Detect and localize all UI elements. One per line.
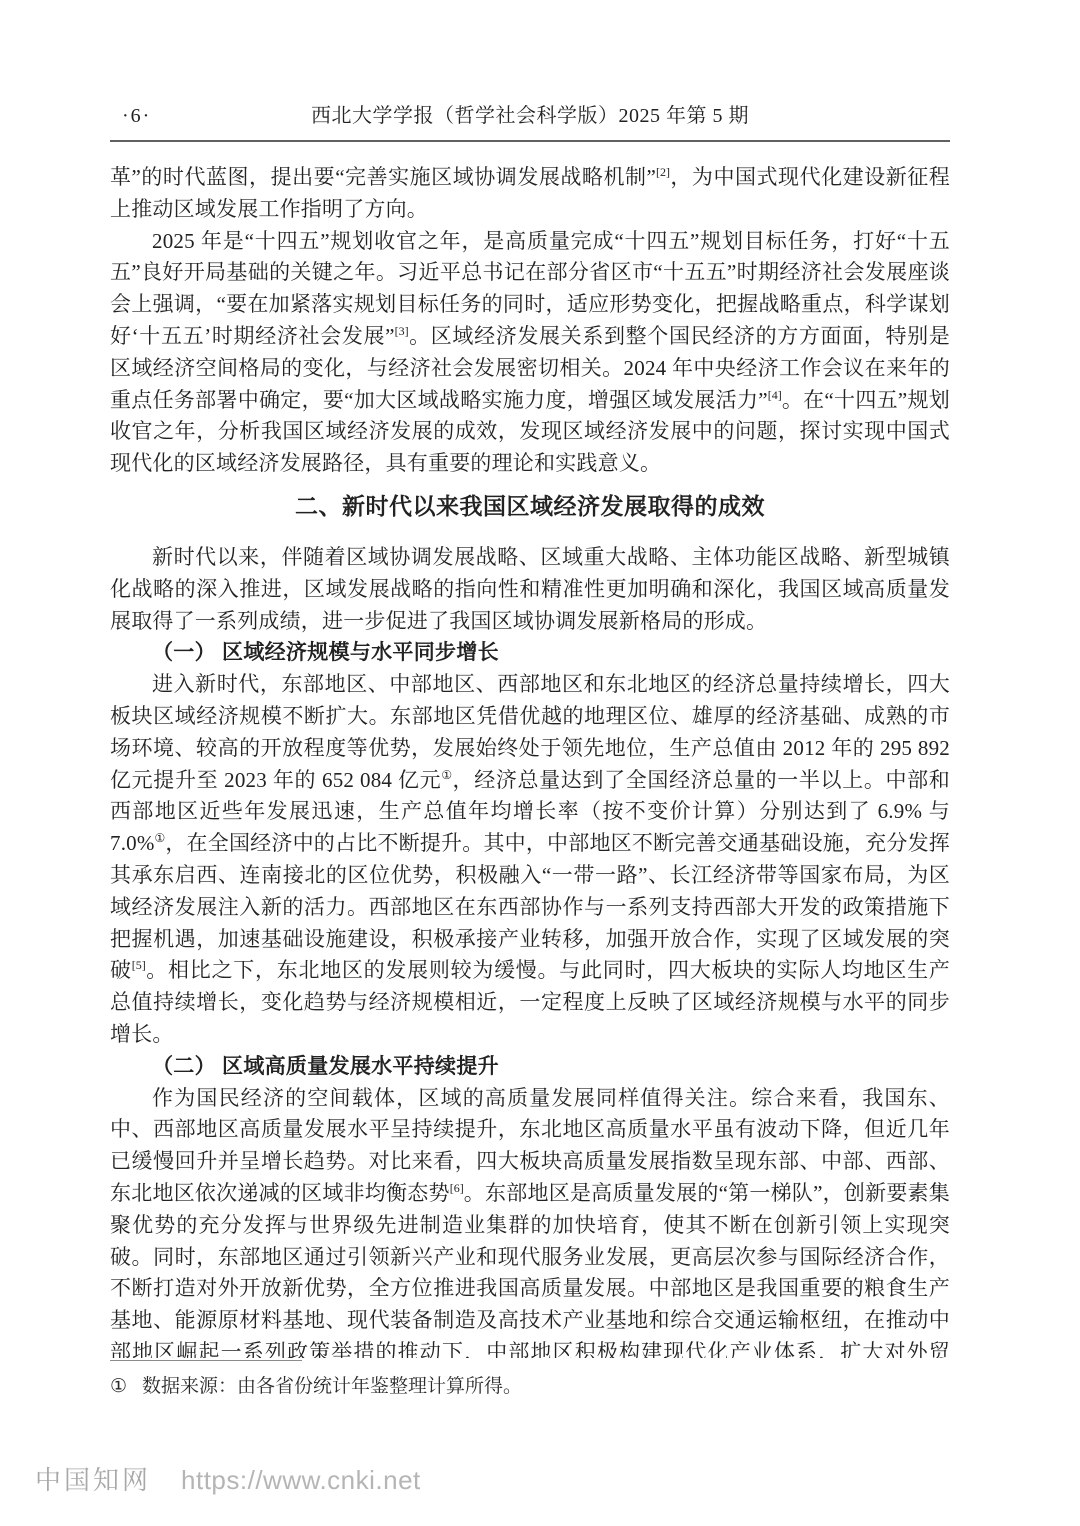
footnote-marker: ①: [110, 1376, 127, 1397]
subsection-heading-2: （二） 区域高质量发展水平持续提升: [110, 1051, 950, 1083]
article-body: 革”的时代蓝图，提出要“完善实施区域协调发展战略机制”[2]，为中国式现代化建设…: [110, 162, 950, 1358]
cnki-url: https://www.cnki.net: [181, 1465, 421, 1496]
footnote-divider: [110, 1360, 302, 1361]
reference-superscript: [6]: [450, 1181, 464, 1195]
paragraph: 进入新时代，东部地区、中部地区、西部地区和东北地区的经济总量持续增长，四大板块区…: [110, 669, 950, 1051]
journal-page: ·6· 西北大学学报（哲学社会科学版）2025 年第 5 期 革”的时代蓝图，提…: [0, 0, 1080, 1526]
page-header: ·6· 西北大学学报（哲学社会科学版）2025 年第 5 期: [110, 0, 950, 142]
section-heading: 二、新时代以来我国区域经济发展取得的成效: [110, 491, 950, 521]
reference-superscript: ①: [441, 768, 452, 782]
footnote-block: ①数据来源：由各省份统计年鉴整理计算所得。: [110, 1360, 950, 1399]
paragraph: 新时代以来，伴随着区域协调发展战略、区域重大战略、主体功能区战略、新型城镇化战略…: [110, 542, 950, 637]
cnki-watermark: 中国知网 https://www.cnki.net: [35, 1460, 421, 1497]
paragraph: 2025 年是“十四五”规划收官之年，是高质量完成“十四五”规划目标任务，打好“…: [110, 226, 950, 480]
reference-superscript: [2]: [656, 165, 670, 179]
page-number: ·6·: [122, 103, 151, 129]
footnote: ①数据来源：由各省份统计年鉴整理计算所得。: [110, 1374, 950, 1399]
footnote-text: 数据来源：由各省份统计年鉴整理计算所得。: [142, 1376, 522, 1397]
paragraph: 作为国民经济的空间载体，区域的高质量发展同样值得关注。综合来看，我国东、中、西部…: [110, 1083, 950, 1358]
text-run: 。东部地区是高质量发展的“第一梯队”，创新要素集聚优势的充分发挥与世界级先进制造…: [110, 1181, 950, 1358]
journal-title: 西北大学学报（哲学社会科学版）2025 年第 5 期: [311, 105, 749, 127]
reference-superscript: ①: [155, 831, 166, 845]
reference-superscript: [4]: [768, 388, 782, 402]
subsection-heading-1: （一） 区域经济规模与水平同步增长: [110, 637, 950, 669]
text-run: 革”的时代蓝图，提出要“完善实施区域协调发展战略机制”: [110, 165, 656, 189]
cnki-logo-text: 中国知网: [35, 1460, 151, 1497]
reference-superscript: [3]: [395, 324, 409, 338]
paragraph-continuation: 革”的时代蓝图，提出要“完善实施区域协调发展战略机制”[2]，为中国式现代化建设…: [110, 162, 950, 226]
text-run: 。相比之下，东北地区的发展则较为缓慢。与此同时，四大板块的实际人均地区生产总值持…: [110, 958, 950, 1046]
page-content: ·6· 西北大学学报（哲学社会科学版）2025 年第 5 期 革”的时代蓝图，提…: [110, 0, 950, 1358]
reference-superscript: [5]: [132, 958, 146, 972]
